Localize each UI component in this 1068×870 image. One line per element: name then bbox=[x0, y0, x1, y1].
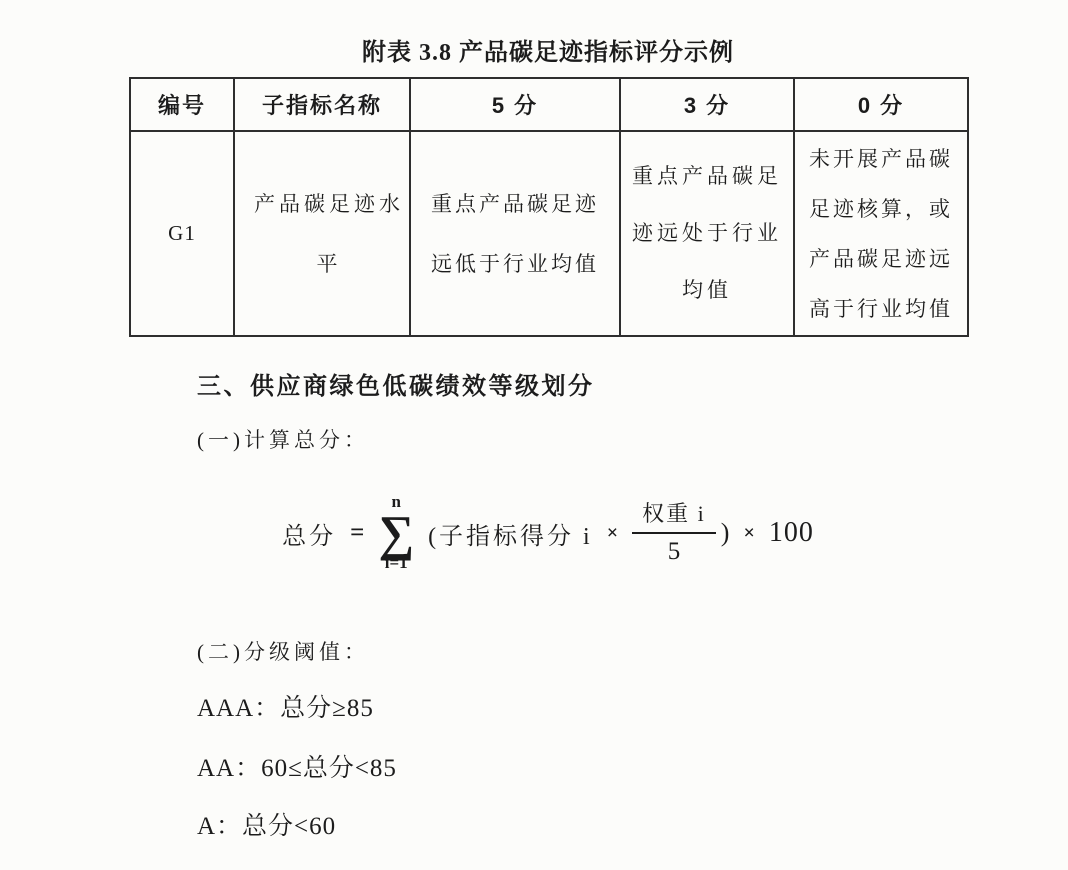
cell-text-line: 未开展产品碳 bbox=[795, 134, 967, 184]
cell-text-line: 远低于行业均值 bbox=[411, 234, 619, 294]
threshold-item-aaa: AAA：总分≥85 bbox=[197, 688, 374, 724]
cell-indicator-name: 产品碳足迹水 平 bbox=[234, 131, 410, 336]
multiply-sign: × bbox=[607, 522, 618, 545]
cell-text-line: 重点产品碳足 bbox=[621, 148, 793, 205]
header-cell-score-3: 3 分 bbox=[620, 78, 794, 131]
formula-lhs: 总分 bbox=[282, 516, 336, 551]
sum-lower-limit: i=1 bbox=[385, 554, 408, 573]
document-page: 附表 3.8 产品碳足迹指标评分示例 编号 子指标名称 5 分 3 分 0 分 … bbox=[0, 0, 1068, 870]
cell-score-5: 重点产品碳足迹 远低于行业均值 bbox=[410, 131, 620, 336]
table-row: G1 产品碳足迹水 平 重点产品碳足迹 远低于行业均值 重点产品碳足 迹远处于行… bbox=[130, 131, 968, 336]
header-cell-id: 编号 bbox=[130, 78, 234, 131]
threshold-item-a: A：总分<60 bbox=[197, 806, 336, 842]
summation-block: n ∑ i=1 bbox=[378, 493, 414, 573]
fraction-denominator: 5 bbox=[668, 534, 681, 564]
weight-fraction: 权重 i 5 bbox=[632, 502, 716, 564]
formula-constant: 100 bbox=[769, 517, 814, 549]
cell-text-line: 产品碳足迹水 bbox=[249, 174, 409, 234]
total-score-formula: 总分 = n ∑ i=1 (子指标得分 i × 权重 i 5 ) × 100 bbox=[129, 478, 967, 588]
page-title: 附表 3.8 产品碳足迹指标评分示例 bbox=[129, 32, 967, 67]
close-paren: ) bbox=[721, 518, 730, 548]
header-cell-score-0: 0 分 bbox=[794, 78, 968, 131]
cell-text-line: 产品碳足迹远 bbox=[795, 234, 967, 284]
cell-text-line: 迹远处于行业 bbox=[621, 205, 793, 262]
calc-score-label: (一)计算总分： bbox=[197, 424, 369, 454]
cell-id: G1 bbox=[130, 131, 234, 336]
sigma-icon: ∑ bbox=[378, 512, 414, 555]
cell-score-0: 未开展产品碳 足迹核算，或 产品碳足迹远 高于行业均值 bbox=[794, 131, 968, 336]
threshold-label: (二)分级阈值： bbox=[197, 636, 369, 666]
equals-sign: = bbox=[350, 519, 364, 547]
cell-text-line: 重点产品碳足迹 bbox=[411, 174, 619, 234]
cell-text-line: 高于行业均值 bbox=[795, 284, 967, 334]
formula-term: (子指标得分 i bbox=[428, 516, 593, 551]
header-cell-score-5: 5 分 bbox=[410, 78, 620, 131]
cell-text-line: 足迹核算，或 bbox=[795, 184, 967, 234]
section-heading: 三、供应商绿色低碳绩效等级划分 bbox=[197, 366, 595, 401]
multiply-sign: × bbox=[743, 522, 754, 545]
cell-score-3: 重点产品碳足 迹远处于行业 均值 bbox=[620, 131, 794, 336]
scoring-table: 编号 子指标名称 5 分 3 分 0 分 G1 产品碳足迹水 平 重点产品碳足迹… bbox=[129, 77, 969, 337]
table-header-row: 编号 子指标名称 5 分 3 分 0 分 bbox=[130, 78, 968, 131]
threshold-item-aa: AA：60≤总分<85 bbox=[197, 748, 397, 784]
fraction-numerator: 权重 i bbox=[632, 502, 716, 534]
cell-text-line: 均值 bbox=[621, 262, 793, 319]
cell-text-line: 平 bbox=[249, 234, 409, 294]
header-cell-indicator-name: 子指标名称 bbox=[234, 78, 410, 131]
